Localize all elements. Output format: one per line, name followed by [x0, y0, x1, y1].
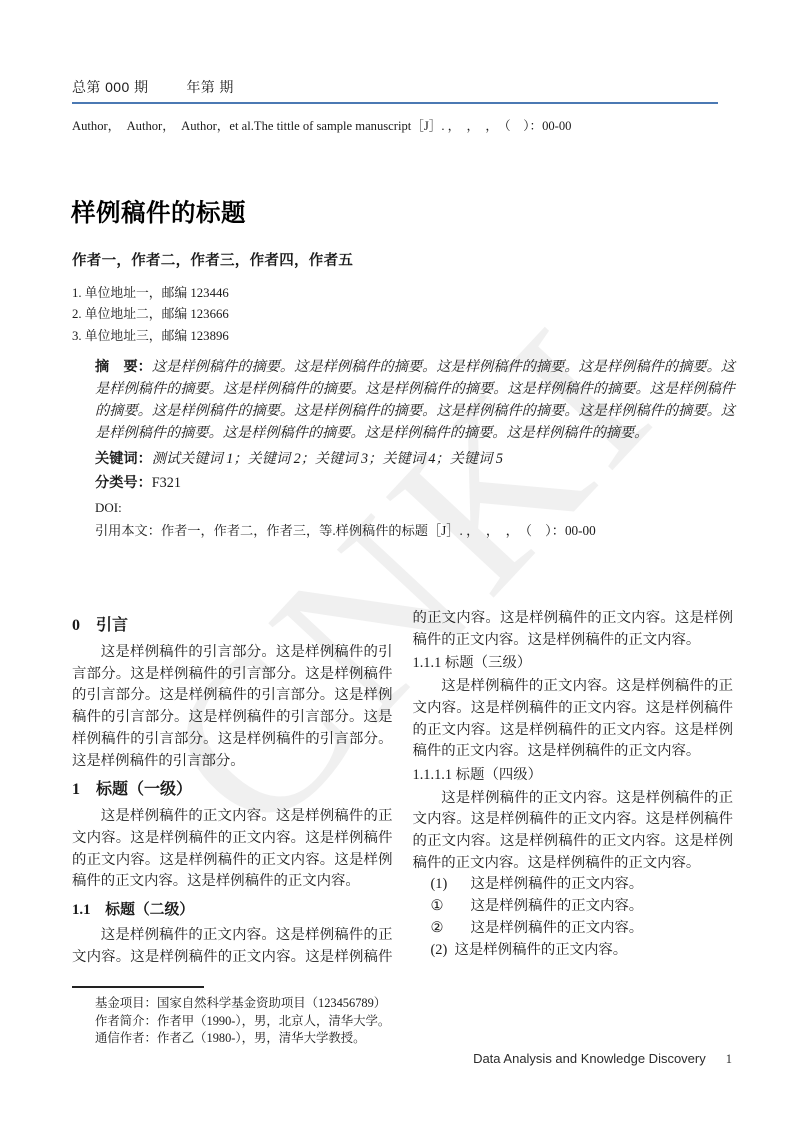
abstract-text: 这是样例稿件的摘要。这是样例稿件的摘要。这是样例稿件的摘要。这是样例稿件的摘要。… [95, 359, 735, 441]
section-heading: 1 标题（一级） [72, 778, 393, 802]
citation-cn-label: 引用本文： [95, 523, 161, 538]
list-text: 这是样例稿件的正文内容。 [471, 874, 644, 896]
article-meta-block: 摘 要：这是样例稿件的摘要。这是样例稿件的摘要。这是样例稿件的摘要。这是样例稿件… [95, 356, 735, 542]
affiliation-item: 1. 单位地址一，邮编 123446 [72, 283, 229, 304]
section-heading: 1.1 标题（二级） [72, 899, 393, 921]
keywords-line: 关键词：测试关键词 1；关键词 2；关键词 3；关键词 4；关键词 5 [95, 448, 735, 471]
footnote-line: 基金项目：国家自然科学基金资助项目（123456789） [95, 995, 432, 1013]
list-item: (2)这是样例稿件的正文内容。 [431, 940, 734, 962]
body-paragraph: 这是样例稿件的正文内容。这是样例稿件的正文内容。这是样例稿件的正文内容。这是样例… [72, 806, 393, 893]
list-marker: (2) [431, 940, 455, 962]
footnote-lines: 基金项目：国家自然科学基金资助项目（123456789）作者简介：作者甲（199… [72, 995, 432, 1048]
body-paragraph: 这是样例稿件的正文内容。这是样例稿件的正文内容。这是样例稿件的正文内容。这是样例… [413, 788, 734, 875]
list-item: ①这是样例稿件的正文内容。 [431, 896, 734, 918]
abstract-paragraph: 摘 要：这是样例稿件的摘要。这是样例稿件的摘要。这是样例稿件的摘要。这是样例稿件… [95, 356, 735, 444]
two-column-body: 0 引言这是样例稿件的引言部分。这是样例稿件的引言部分。这是样例稿件的引言部分。… [72, 608, 733, 976]
body-paragraph: 这是样例稿件的正文内容。这是样例稿件的正文内容。这是样例稿件的正文内容。这是样例… [413, 676, 734, 763]
list-text: 这是样例稿件的正文内容。 [455, 940, 628, 962]
body-paragraph: 这是样例稿件的引言部分。这是样例稿件的引言部分。这是样例稿件的引言部分。这是样例… [72, 642, 393, 772]
footnote-block: 基金项目：国家自然科学基金资助项目（123456789）作者简介：作者甲（199… [72, 986, 432, 1048]
list-marker: (1) [431, 874, 471, 896]
article-title: 样例稿件的标题 [71, 194, 246, 229]
list-item: (1)这是样例稿件的正文内容。 [431, 874, 734, 896]
footnote-label: 通信作者： [95, 1031, 157, 1045]
footnote-text: 作者甲（1990-），男，北京人，清华大学。 [157, 1014, 390, 1028]
footnote-label: 基金项目： [95, 996, 157, 1010]
page-footer: Data Analysis and Knowledge Discovery 1 [473, 1051, 732, 1067]
affiliation-item: 3. 单位地址三，邮编 123896 [72, 326, 229, 347]
manuscript-page: CNKI 总第 000 期年第 期 Author， Author， Author… [0, 0, 794, 1123]
affiliation-item: 2. 单位地址二，邮编 123666 [72, 304, 229, 325]
clc-line: 分类号：F321 [95, 472, 735, 495]
citation-cn-text: 作者一，作者二，作者三，等.样例稿件的标题［J］. ， ， ， （ ）：00-0… [161, 523, 596, 538]
running-head-citation: Author， Author， Author，et al.The tittle … [72, 115, 571, 134]
footnote-line: 作者简介：作者甲（1990-），男，北京人，清华大学。 [95, 1013, 432, 1031]
author-list: 作者一，作者二，作者三，作者四，作者五 [72, 249, 353, 270]
section-heading: 1.1.1.1 标题（四级） [413, 765, 734, 787]
list-marker: ① [431, 896, 471, 918]
footnote-separator-rule [72, 986, 204, 988]
footnote-text: 作者乙（1980-），男，清华大学教授。 [157, 1031, 366, 1045]
issue-total-label: 总第 000 期 [72, 79, 148, 95]
affiliation-list: 1. 单位地址一，邮编 1234462. 单位地址二，邮编 1236663. 单… [72, 283, 229, 347]
issue-year-label: 年第 期 [186, 79, 234, 95]
list-text: 这是样例稿件的正文内容。 [471, 918, 644, 940]
abstract-label: 摘 要： [95, 359, 152, 375]
list-marker: ② [431, 918, 471, 940]
list-text: 这是样例稿件的正文内容。 [471, 896, 644, 918]
footnote-text: 国家自然科学基金资助项目（123456789） [157, 996, 386, 1010]
doi-line: DOI: [95, 497, 735, 519]
keywords-label: 关键词： [95, 451, 152, 467]
clc-label: 分类号： [95, 475, 152, 491]
footer-journal-name: Data Analysis and Knowledge Discovery [473, 1051, 706, 1066]
list-item: ②这是样例稿件的正文内容。 [431, 918, 734, 940]
clc-value: F321 [152, 475, 181, 491]
footnote-label: 作者简介： [95, 1014, 157, 1028]
section-heading: 1.1.1 标题（三级） [413, 653, 734, 675]
journal-masthead: 总第 000 期年第 期 [72, 77, 718, 104]
keywords-text: 测试关键词 1；关键词 2；关键词 3；关键词 4；关键词 5 [152, 451, 503, 467]
citation-cn-line: 引用本文：作者一，作者二，作者三，等.样例稿件的标题［J］. ， ， ， （ ）… [95, 520, 735, 542]
section-heading: 0 引言 [72, 614, 393, 638]
footnote-line: 通信作者：作者乙（1980-），男，清华大学教授。 [95, 1030, 432, 1048]
footer-page-number: 1 [726, 1052, 732, 1067]
